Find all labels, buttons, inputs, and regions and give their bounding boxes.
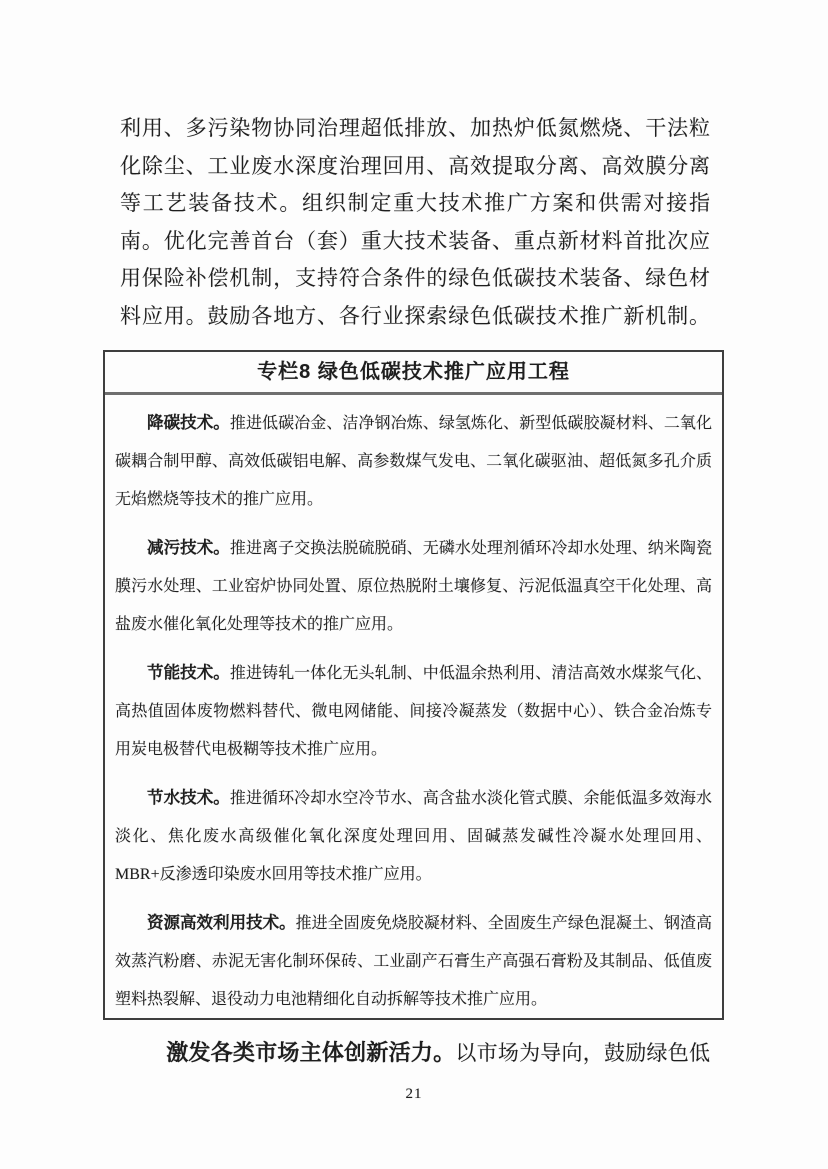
paragraph-lead: 节能技术。 — [147, 664, 230, 682]
paragraph-text: 以市场为导向，鼓励绿色低 — [455, 1041, 710, 1065]
text-line: 等工艺装备技术。组织制定重大技术推广方案和供需对接指 — [120, 185, 710, 223]
page-number: 21 — [0, 1086, 828, 1103]
text-line: 用保险补偿机制，支持符合条件的绿色低碳技术装备、绿色材 — [120, 260, 710, 298]
paragraph-lead: 节水技术。 — [147, 789, 230, 807]
box-paragraph-energy-saving: 节能技术。推进铸轧一体化无头轧制、中低温余热利用、清洁高效水煤浆气化、高热值固体… — [115, 654, 712, 769]
text-line: 化除尘、工业废水深度治理回用、高效提取分离、高效膜分离 — [120, 148, 710, 186]
paragraph-lead: 资源高效利用技术。 — [147, 914, 296, 932]
box-paragraph-pollution-reduction: 减污技术。推进离子交换法脱硫脱硝、无磷水处理剂循环冷却水处理、纳米陶瓷膜污水处理… — [115, 529, 712, 644]
text-line: 料应用。鼓励各地方、各行业探索绿色低碳技术推广新机制。 — [120, 298, 710, 336]
paragraph-lead: 激发各类市场主体创新活力。 — [166, 1040, 455, 1065]
box-paragraph-resource-utilization: 资源高效利用技术。推进全固废免烧胶凝材料、全固废生产绿色混凝土、钢渣高效蒸汽粉磨… — [115, 904, 712, 1019]
text-line: 南。优化完善首台（套）重大技术装备、重点新材料首批次应 — [120, 223, 710, 261]
top-paragraph: 利用、多污染物协同治理超低排放、加热炉低氮燃烧、干法粒 化除尘、工业废水深度治理… — [120, 110, 710, 335]
box-paragraph-carbon-reduction: 降碳技术。推进低碳冶金、洁净钢冶炼、绿氢炼化、新型低碳胶凝材料、二氧化碳耦合制甲… — [115, 404, 712, 519]
closing-paragraph: 激发各类市场主体创新活力。以市场为导向，鼓励绿色低 — [120, 1033, 710, 1073]
paragraph-lead: 减污技术。 — [147, 539, 230, 557]
document-page: 利用、多污染物协同治理超低排放、加热炉低氮燃烧、干法粒 化除尘、工业废水深度治理… — [0, 0, 828, 1169]
box-body: 降碳技术。推进低碳冶金、洁净钢冶炼、绿氢炼化、新型低碳胶凝材料、二氧化碳耦合制甲… — [105, 395, 722, 1019]
feature-box: 专栏8 绿色低碳技术推广应用工程 降碳技术。推进低碳冶金、洁净钢冶炼、绿氢炼化、… — [103, 350, 724, 1020]
text-line: 利用、多污染物协同治理超低排放、加热炉低氮燃烧、干法粒 — [120, 110, 710, 148]
box-title: 专栏8 绿色低碳技术推广应用工程 — [105, 352, 722, 395]
box-paragraph-water-saving: 节水技术。推进循环冷却水空冷节水、高含盐水淡化管式膜、余能低温多效海水淡化、焦化… — [115, 779, 712, 894]
paragraph-lead: 降碳技术。 — [147, 414, 230, 432]
